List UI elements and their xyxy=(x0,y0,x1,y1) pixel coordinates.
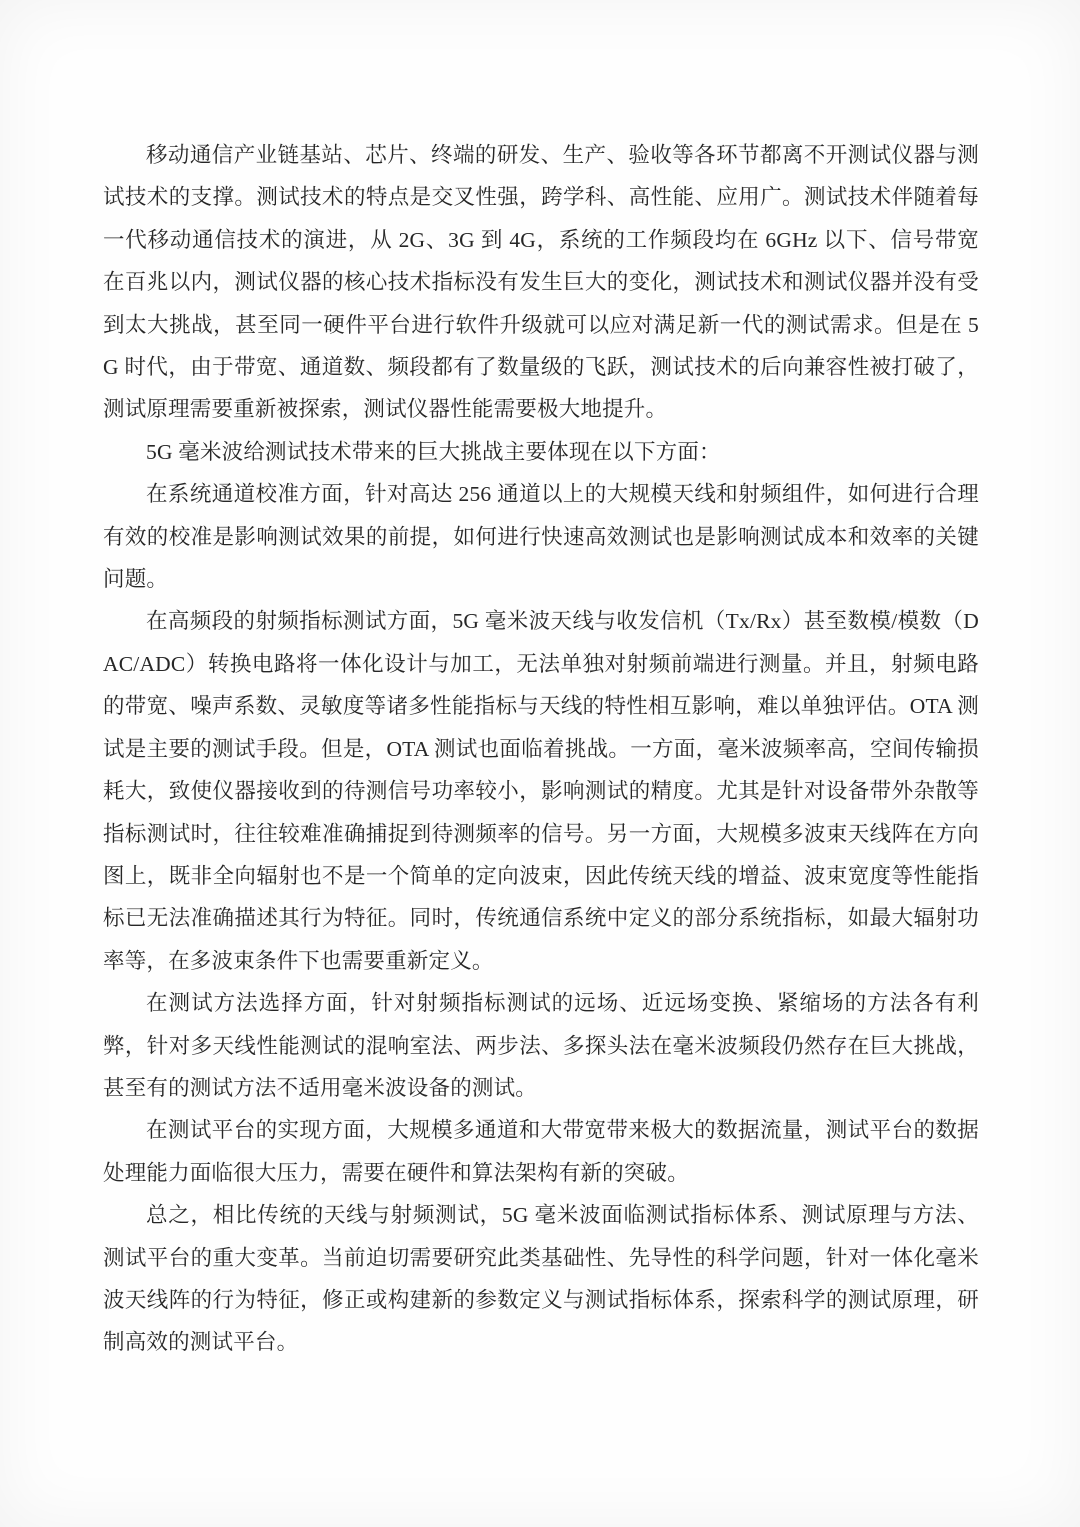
paragraph-channel-calibration: 在系统通道校准方面，针对高达 256 通道以上的大规模天线和射频组件，如何进行合… xyxy=(103,473,979,600)
paragraph-challenges-lead: 5G 毫米波给测试技术带来的巨大挑战主要体现在以下方面： xyxy=(103,431,979,473)
paragraph-test-method-selection: 在测试方法选择方面，针对射频指标测试的远场、近远场变换、紧缩场的方法各有利弊，针… xyxy=(103,982,979,1109)
paragraph-summary: 总之，相比传统的天线与射频测试，5G 毫米波面临测试指标体系、测试原理与方法、测… xyxy=(103,1194,979,1364)
document-body: 移动通信产业链基站、芯片、终端的研发、生产、验收等各环节都离不开测试仪器与测试技… xyxy=(103,134,979,1364)
paragraph-intro: 移动通信产业链基站、芯片、终端的研发、生产、验收等各环节都离不开测试仪器与测试技… xyxy=(103,134,979,431)
paragraph-rf-metrics-testing: 在高频段的射频指标测试方面，5G 毫米波天线与收发信机（Tx/Rx）甚至数模/模… xyxy=(103,600,979,982)
paragraph-test-platform: 在测试平台的实现方面，大规模多通道和大带宽带来极大的数据流量，测试平台的数据处理… xyxy=(103,1109,979,1194)
document-page: 移动通信产业链基站、芯片、终端的研发、生产、验收等各环节都离不开测试仪器与测试技… xyxy=(0,0,1080,1527)
